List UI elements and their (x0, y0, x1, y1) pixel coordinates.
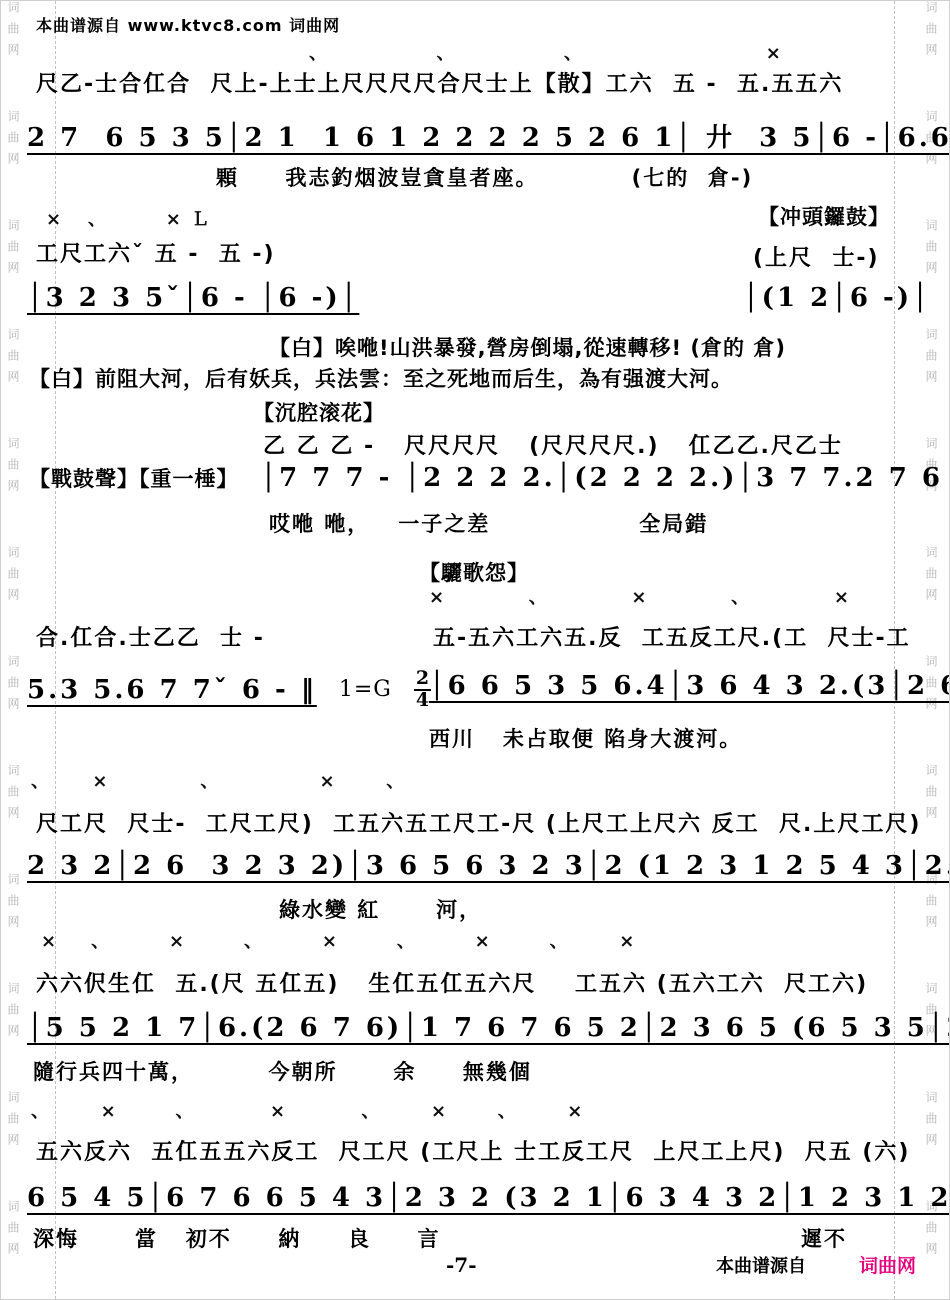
system7-lyrics-right: 遲不 (801, 1223, 847, 1253)
dialogue-line-1: 【白】唉咃!山洪暴發,營房倒塌,從速轉移! (倉的 倉) (269, 332, 786, 362)
system7-percussion-marks: 、 × 、 × 、 × 、 × (31, 1097, 584, 1123)
system6-percussion-marks: × 、 × 、 × 、 × 、 × (41, 927, 636, 953)
footer-source-text: 本曲谱源自 (716, 1252, 806, 1278)
system1-jianpu-line: 2 7 6 5 3 5│2 1 1 6 1 2 2 2 2 5 2 6 1│ 廾… (27, 117, 950, 154)
system5-jianpu-line: 2 3 2│2 6 3 2 3 2)│3 6 5 6 3 2 3│2 (1 2 … (27, 851, 950, 881)
sheet-music-page: 词曲网 词曲网 词曲网 词曲网 词曲网 词曲网 词曲网 词曲网 词曲网 词曲网 … (0, 0, 950, 1300)
system4-jianpu-left: 5.3 5.6 7 7ˇ 6 - ‖ (27, 675, 317, 705)
system1-percussion-marks: 、 、 、 × (309, 39, 783, 65)
system6-jianpu-line: │5 5 2 1 7│6.(2 6 7 6)│1 7 6 7 6 5 2│2 3… (27, 1013, 950, 1043)
system4-jianpu-right: │6 6 5 3 5 6.4│3 6 4 3 2.(3│2 6 3 (429, 671, 950, 701)
system3-lyrics: 哎咃 咃， 一子之差 全局錯 (269, 508, 708, 538)
left-watermark: 词曲网 词曲网 词曲网 词曲网 词曲网 词曲网 词曲网 词曲网 词曲网 词曲网 … (5, 1, 22, 1300)
system1-gongche-line: 尺乙-士合仜合 尺上-上士上尺尺尺尺合尺士上【散】工六 五 - 五.五五六 (36, 67, 843, 98)
system4-lyrics: 西川 未占取便 陷身大渡河。 (429, 723, 742, 753)
system5-percussion-marks: 、 × 、 × 、 (31, 767, 406, 793)
system2-jianpu-right: │(1 2│6 -)│ (743, 283, 931, 313)
system3-gongche-line: 乙 乙 乙 - 尺尺尺尺 (尺尺尺尺.) 仜乙乙.尺乙士 (263, 429, 843, 460)
section-label-chenqiang-gunhua: 【沉腔滚花】 (253, 397, 385, 427)
system3-jianpu-line: │7 7 7 - │2 2 2 2.│(2 2 2 2.)│3 7 7.2 7 … (261, 463, 943, 493)
system5-lyrics: 綠水變 紅 河， (279, 894, 482, 924)
footer-site-name: 词曲网 (859, 1251, 916, 1278)
system6-gongche-line: 六六伬生仜 五.(尺 五仜五) 生仜五仜五六尺 工五六 (五六工六 尺工六) (36, 967, 868, 998)
system7-jianpu-line: 6 5 4 5│6 7 6 6 5 4 3│2 3 2 (3 2 1│6 3 4… (27, 1183, 950, 1213)
system6-lyrics: 隨行兵四十萬， 今朝所 余 無幾個 (33, 1056, 532, 1086)
system7-lyrics: 深悔 當 初不 納 良 言 (33, 1223, 440, 1253)
source-header: 本曲谱源自 www.ktvc8.com 词曲网 (36, 13, 340, 36)
system5-gongche-line: 尺工尺 尺士- 工尺工尺) 工五六五工尺工-尺 (上尺工上尺六 反工 尺.上尺工… (36, 807, 921, 838)
war-drum-label: 【戰鼓聲】【重一棰】 (29, 463, 239, 493)
system4-gongche-right: 五-五六工六五.反 工五反工尺.(工 尺士-工 (433, 621, 911, 652)
right-watermark: 词曲网 词曲网 词曲网 词曲网 词曲网 词曲网 词曲网 词曲网 词曲网 词曲网 … (923, 1, 940, 1300)
system1-lyrics: 顆 我志釣烟波豈貪皇者座。 (七的 倉-) (216, 162, 753, 192)
system3-jianpu-row: 【戰鼓聲】【重一棰】 │7 7 7 - │2 2 2 2.│(2 2 2 2.)… (29, 463, 943, 493)
page-number: -7- (446, 1253, 477, 1277)
system4-gongche-left: 合.仜合.士乙乙 士 - (36, 621, 265, 652)
system4-percussion-marks: × 、 × 、 × (429, 583, 851, 609)
system2-jianpu-left: │3 2 3 5ˇ│6 - │6 -)│ (27, 283, 359, 313)
system2-gongche-right: (上尺 士-) (753, 241, 880, 272)
system2-percussion-marks: × 、 × Ｌ (46, 205, 211, 231)
dialogue-line-2: 【白】前阻大河，后有妖兵，兵法雲：至之死地而后生，為有强渡大河。 (29, 363, 733, 393)
system4-jianpu-left-row: 5.3 5.6 7 7ˇ 6 - ‖ 1=G 2 4 (27, 669, 431, 711)
time-signature-denominator: 4 (416, 691, 429, 711)
gong-drum-label: 【冲頭鑼鼓】 (758, 201, 890, 231)
system7-gongche-line: 五六反六 五仜五五六反工 尺工尺 (工尺上 士工反工尺 上尺工上尺) 尺五 (六… (36, 1135, 910, 1166)
system2-gongche-left: 工尺工六ˇ 五 - 五 -) (36, 237, 276, 268)
key-signature: 1=G (339, 677, 392, 702)
